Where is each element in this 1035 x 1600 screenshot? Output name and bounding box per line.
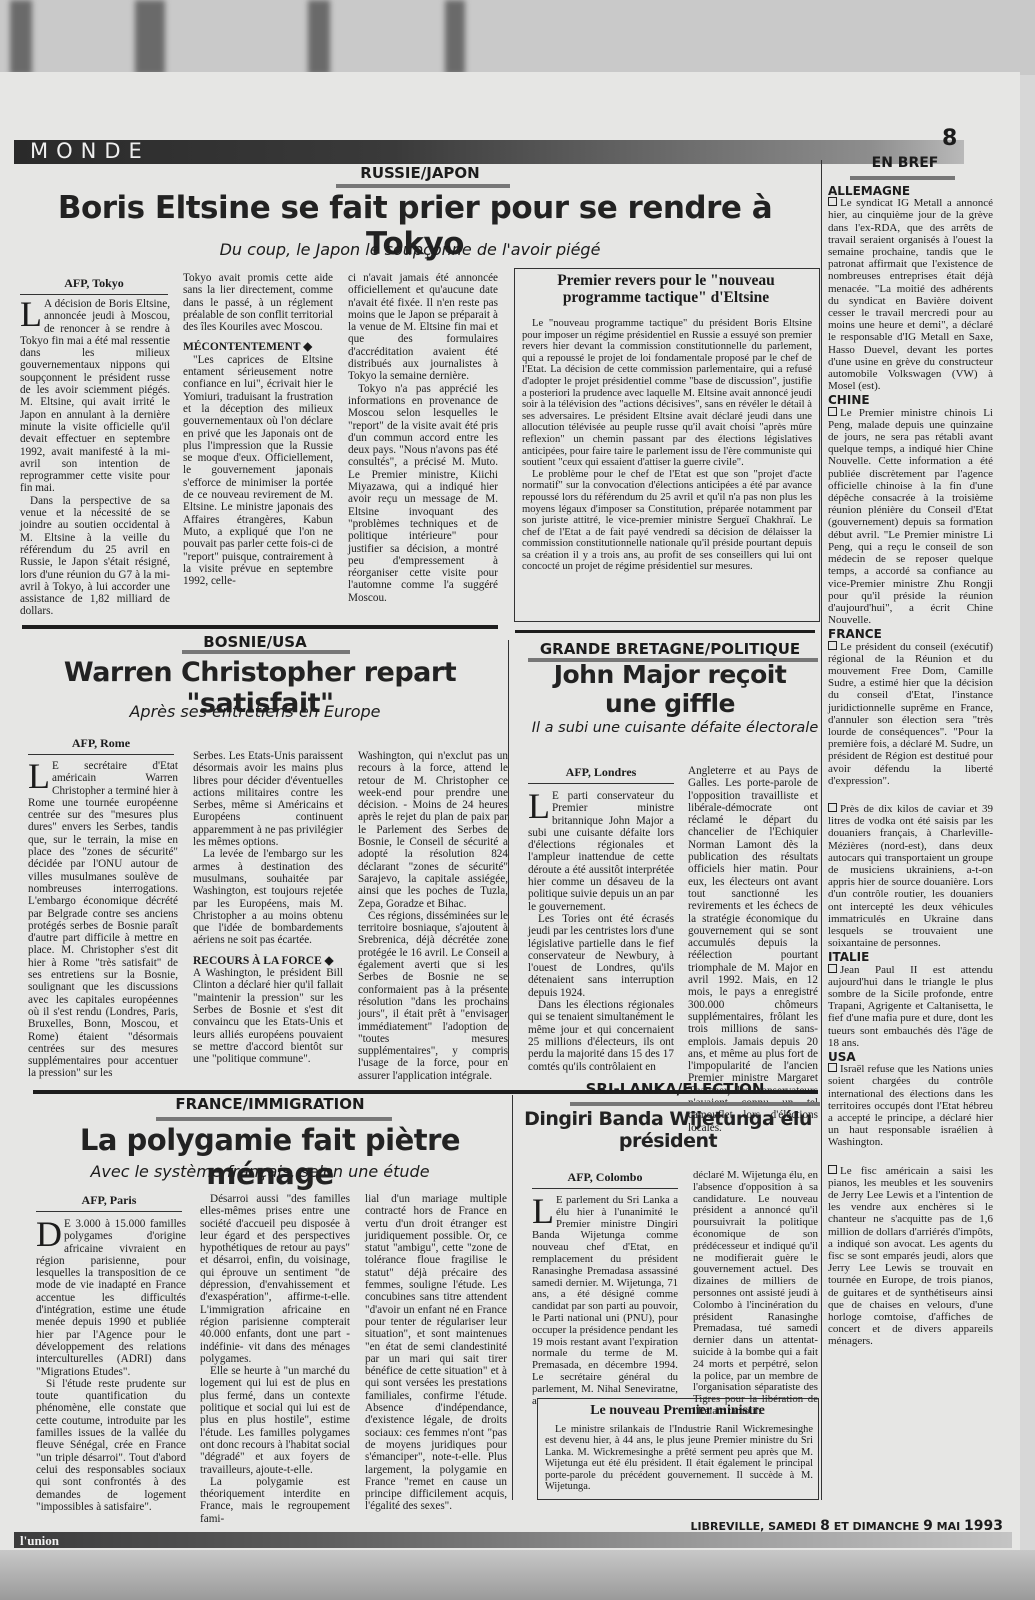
- column-divider: [508, 640, 509, 1060]
- bullet-square-icon: [828, 641, 837, 650]
- russia-column-1: LA décision de Boris Eltsine, annoncée j…: [20, 298, 170, 618]
- box-premier-revers-text: Le "nouveau programme tactique" du prési…: [522, 318, 812, 573]
- france-column-3: lial d'un mariage multiple contracté hor…: [365, 1193, 507, 1513]
- box-premier-revers-title: Premier revers pour le "nouveau programm…: [520, 272, 812, 306]
- byline-france: AFP, Paris: [36, 1193, 182, 1212]
- bullet-square-icon: [828, 1165, 837, 1174]
- divider: [22, 625, 498, 629]
- deck-uk: Il a subi une cuisante défaite électoral…: [530, 720, 820, 736]
- show-through-bar: [445, 0, 465, 75]
- sri-lanka-column-2: déclaré M. Wijetunga élu, en l'absence d…: [693, 1170, 818, 1418]
- bosnia-column-1: LE secrétaire d'Etat américain Warren Ch…: [28, 760, 178, 1080]
- brief-country-france: FRANCE: [828, 628, 993, 640]
- kicker-underline: [182, 650, 350, 654]
- subhead-mecontentement: MÉCONTENTEMENT ◆: [183, 341, 333, 353]
- france-column-2: Désarroi aussi "des familles elles-mêmes…: [200, 1193, 350, 1525]
- bullet-square-icon: [828, 407, 837, 416]
- brief-country-allemagne: ALLEMAGNE: [828, 185, 993, 197]
- scan-bottom-margin: [0, 1550, 1035, 1600]
- bullet-square-icon: [828, 964, 837, 973]
- byline-bosnia: AFP, Rome: [28, 736, 174, 755]
- kicker-bosnie-usa: BOSNIE/USA: [180, 633, 330, 651]
- bullet-square-icon: [828, 803, 837, 812]
- kicker-russie-japon: RUSSIE/JAPON: [340, 164, 500, 182]
- column-divider: [512, 1095, 513, 1500]
- divider: [515, 630, 815, 633]
- subhead-recours-force: RECOURS À LA FORCE ◆: [193, 955, 343, 967]
- box-nouveau-premier-ministre-text: Le ministre srilankais de l'Industrie Ra…: [545, 1424, 813, 1492]
- russia-column-3: ci n'avait jamais été annoncée officiell…: [348, 272, 498, 604]
- page-number: 8: [942, 126, 957, 151]
- bullet-square-icon: [828, 197, 837, 206]
- kicker-sri-lanka: SRI-LANKA/ELECTION: [560, 1080, 790, 1098]
- kicker-underline: [156, 1117, 392, 1121]
- uk-column-2: Angleterre et au Pays de Galles. Les por…: [688, 765, 818, 1134]
- sri-lanka-column-1: LE parlement du Sri Lanka a élu hier à l…: [532, 1195, 678, 1407]
- kicker-france-immigration: FRANCE/IMMIGRATION: [160, 1095, 380, 1113]
- france-column-1: DE 3.000 à 15.000 familles polygames d'o…: [36, 1218, 186, 1513]
- brief-country-italie: ITALIE: [828, 951, 993, 963]
- en-bref-title: EN BREF: [840, 155, 970, 171]
- kicker-underline: [850, 176, 955, 180]
- bosnia-column-2: Serbes. Les Etats-Unis paraissent désorm…: [193, 750, 343, 1065]
- byline-uk: AFP, Londres: [528, 765, 674, 784]
- en-bref-column: ALLEMAGNE Le syndicat IG Metall a annonc…: [828, 183, 993, 1350]
- section-title: MONDE: [30, 139, 150, 163]
- kicker-underline: [570, 1102, 820, 1106]
- deck-russia: Du coup, le Japon le soupçonne de l'avoi…: [200, 240, 620, 259]
- brief-country-chine: CHINE: [828, 394, 993, 406]
- brief-country-usa: USA: [828, 1051, 993, 1063]
- byline-sri-lanka: AFP, Colombo: [532, 1170, 678, 1189]
- headline-sri-lanka: Dingiri Banda Wijetunga élu président: [518, 1108, 818, 1152]
- show-through-bar: [10, 0, 32, 75]
- bullet-square-icon: [828, 1063, 837, 1072]
- deck-france: Avec le système français, selon une étud…: [80, 1162, 440, 1181]
- byline-russia: AFP, Tokyo: [20, 276, 168, 295]
- kicker-grande-bretagne: GRANDE BRETAGNE/POLITIQUE: [530, 640, 810, 658]
- show-through-bar: [308, 0, 330, 75]
- russia-column-2: Tokyo avait promis cette aide sans la li…: [183, 272, 333, 587]
- kicker-underline: [336, 184, 510, 188]
- scan-top-margin: [0, 0, 1035, 75]
- column-divider: [821, 160, 822, 1500]
- deck-bosnia: Après ses entretiens en Europe: [100, 702, 410, 721]
- footer-bar: [14, 1532, 1012, 1548]
- show-through-bar: [135, 0, 165, 75]
- newspaper-logo: l'union: [20, 1533, 59, 1549]
- headline-uk: John Major reçoit une giffle: [540, 660, 800, 718]
- bosnia-column-3: Washington, qui n'exclut pas un recours …: [358, 750, 508, 1082]
- uk-column-1: LE parti conservateur du Premier ministr…: [528, 790, 674, 1073]
- box-nouveau-premier-ministre-title: Le nouveau Premier ministre: [540, 1403, 815, 1419]
